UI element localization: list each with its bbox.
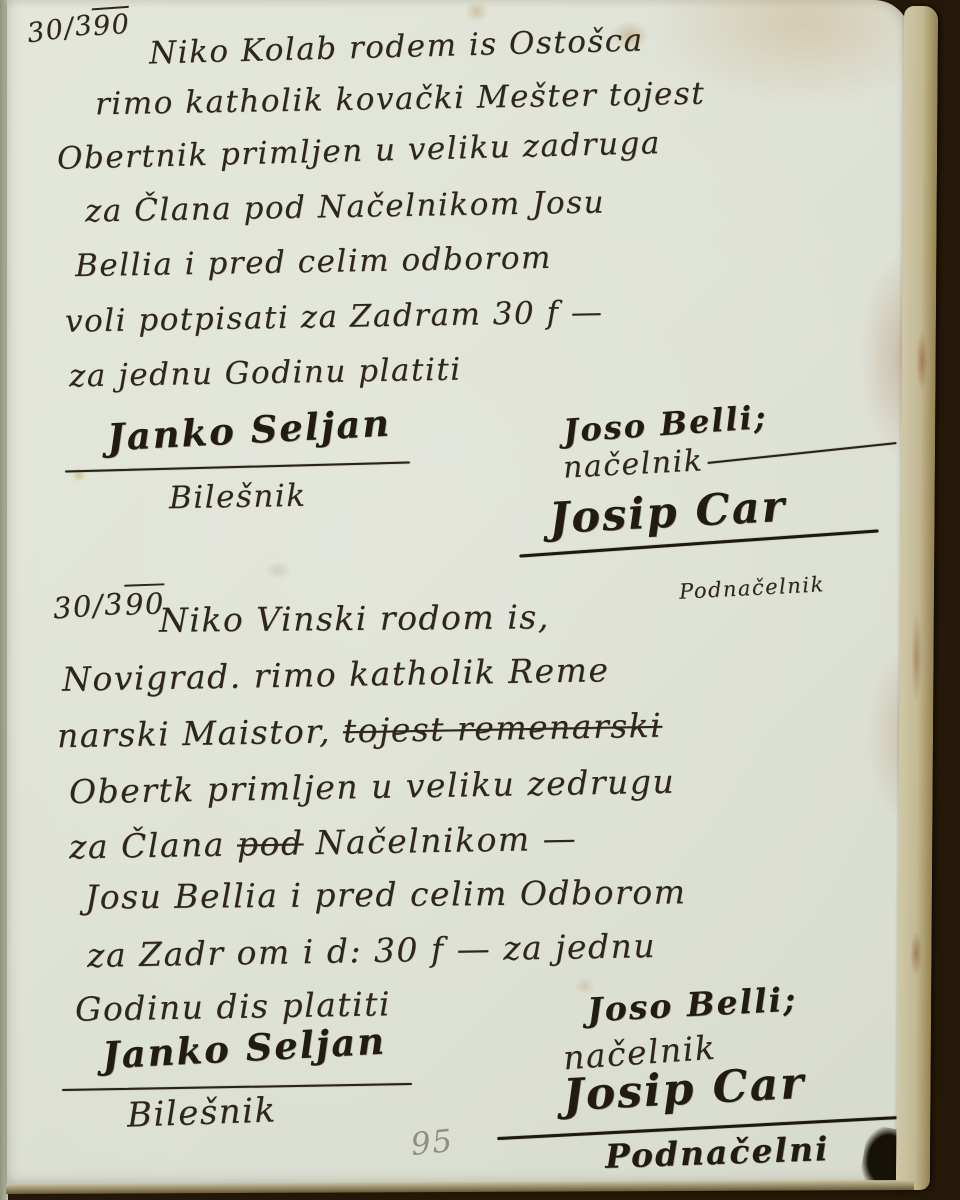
entry2-line3-plain: narski Maistor, bbox=[57, 712, 332, 756]
entry1-line2: rimo katholik kovački Mešter tojest bbox=[95, 79, 706, 121]
entry2-date: 30/3 bbox=[52, 590, 125, 624]
entry1-line6: voli potpisati za Zadram 30 f — bbox=[65, 297, 604, 337]
entry2-date-daymonth: 30/3 bbox=[52, 587, 125, 626]
entry1-title-nacelnik: načelnik bbox=[562, 446, 704, 483]
entry2-bottom-note-podnacelnik: Podnačelni bbox=[604, 1132, 830, 1173]
entry2-annotation-podnacelnik: Podnačelnik bbox=[679, 574, 826, 603]
entry1-signature-josip-car: Josip Car bbox=[548, 486, 787, 541]
entry2-title-bilesnik: Bilešnik bbox=[126, 1093, 277, 1132]
entry1-signature-janko-seljan: Janko Seljan bbox=[106, 405, 392, 457]
entry2-line3-struckthrough: tojest remenarski bbox=[343, 706, 663, 751]
entry1-line5: Bellia i pred celim odborom bbox=[75, 243, 552, 282]
entry2-line3: narski Maistor, tojest remenarski bbox=[57, 709, 663, 753]
entry2-signature-joso-belli: Joso Belli; bbox=[586, 983, 798, 1027]
manuscript-page: 30/3 90 Niko Kolab rodem is Ostošca rimo… bbox=[7, 0, 910, 1188]
entry2-signature-josip-car: Josip Car bbox=[562, 1062, 806, 1119]
entry2-signature-janko-seljan: Janko Seljan bbox=[101, 1023, 387, 1075]
entry2-line1: Niko Vinski rodom is, bbox=[159, 600, 550, 636]
entry2-line4: Obertk primljen u veliku zedrugu bbox=[69, 765, 676, 809]
entry2-line5-b: Načelnikom — bbox=[315, 819, 577, 863]
entry2-line5: za Člana pod Načelnikom — bbox=[69, 822, 578, 864]
entry1-line1: Niko Kolab rodem is Ostošca bbox=[149, 26, 644, 70]
entry1-signature-joso-belli: Joso Belli; bbox=[562, 401, 768, 447]
entry1-line7: za jednu Godinu platiti bbox=[69, 355, 462, 393]
entry1-title-bilesnik: Bilešnik bbox=[169, 481, 307, 514]
entry2-line7: za Zadr om i d: 30 f — za jednu bbox=[87, 929, 657, 972]
entry1-date: 30/3 bbox=[25, 11, 95, 47]
entry2-line5-a: za Člana bbox=[69, 825, 226, 867]
entry1-nacelnik-flourish bbox=[707, 442, 896, 464]
entry2-line5-struckthrough: pod bbox=[237, 823, 304, 863]
entry1-line3: Obertnik primljen u veliku zadruga bbox=[57, 128, 662, 175]
entry1-signature-flourish-left bbox=[65, 461, 410, 472]
entry2-line2: Novigrad. rimo katholik Reme bbox=[62, 653, 610, 696]
entry1-line4: za Člana pod Načelnikom Josu bbox=[85, 187, 606, 227]
entry2-line6: Josu Bellia i pred celim Odborom bbox=[85, 875, 687, 913]
entry1-date-daymonth: 30/3 bbox=[25, 10, 95, 50]
book-page-stack-edge bbox=[896, 6, 938, 1190]
pencil-page-number: 95 bbox=[409, 1126, 454, 1161]
entry2-signature-flourish-left bbox=[62, 1083, 412, 1091]
entry1-date-year: 90 bbox=[92, 11, 131, 41]
